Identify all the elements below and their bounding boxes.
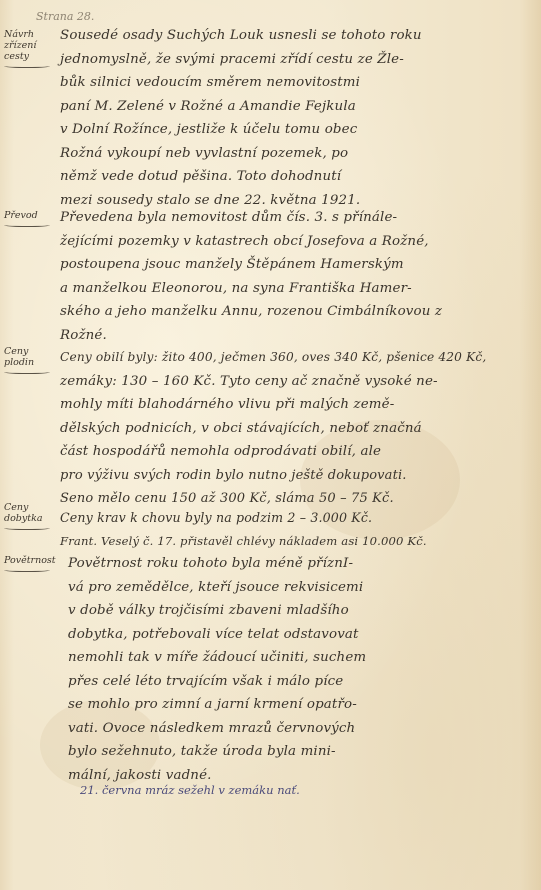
entry-cattle-prices: Ceny krav k chovu byly na podzim 2 – 3.0…: [60, 506, 530, 553]
text-line: se mohlo pro zimní a jarní krmení opatřo…: [68, 693, 538, 717]
text-line: přes celé léto trvajícím však i málo píc…: [68, 670, 538, 694]
text-line: dobytka, potřebovali více telat odstavov…: [68, 623, 538, 647]
text-line: vá pro zemědělce, kteří jsouce rekvisice…: [68, 576, 538, 600]
text-line: Sousedé osady Suchých Louk usnesli se to…: [60, 24, 530, 48]
margin-label-weather: Povětrnost: [4, 555, 54, 572]
margin-underline: [4, 63, 50, 68]
margin-underline: [4, 567, 50, 572]
margin-underline: [4, 525, 50, 530]
text-line: v době války trojčisími zbaveni mladšího: [68, 599, 538, 623]
margin-label-line: Povětrnost: [4, 555, 56, 566]
margin-label-line: Návrh: [4, 29, 34, 40]
text-line: Povětrnost roku tohoto byla méně příznI-: [68, 552, 538, 576]
text-line: němž vede dotud pěšina. Toto dohodnutí: [60, 165, 530, 189]
margin-label-line: plodin: [4, 357, 34, 368]
margin-label-road: Návrh zřízení cesty: [4, 29, 54, 68]
text-line: Ceny krav k chovu byly na podzim 2 – 3.0…: [60, 506, 530, 530]
text-line: paní M. Zelené v Rožné a Amandie Fejkula: [60, 95, 530, 119]
margin-underline: [4, 222, 50, 227]
text-line: postoupena jsouc manžely Štěpánem Hamers…: [60, 253, 530, 277]
margin-label-line: zřízení: [4, 40, 36, 51]
chronicle-page: Strana 28. Návrh zřízení cesty Sousedé o…: [0, 0, 541, 890]
margin-label-crop-prices: Ceny plodin: [4, 346, 54, 374]
entry-weather: Povětrnost roku tohoto byla méně příznI-…: [68, 552, 538, 787]
text-line: pro výživu svých rodin bylo nutno ještě …: [60, 464, 530, 488]
text-line: mohly míti blahodárného vlivu při malých…: [60, 393, 530, 417]
text-line: ského a jeho manželku Annu, rozenou Cimb…: [60, 300, 530, 324]
text-line: Ceny obilí byly: žito 400, ječmen 360, o…: [60, 346, 530, 370]
text-line: bylo sežehnuto, takže úroda byla mini-: [68, 740, 538, 764]
margin-label-transfer: Převod: [4, 210, 54, 227]
text-line: zemáky: 130 – 160 Kč. Tyto ceny ač značn…: [60, 370, 530, 394]
margin-label-line: Ceny: [4, 502, 28, 513]
text-line: Rožná vykoupí neb vyvlastní pozemek, po: [60, 142, 530, 166]
text-line: v Dolní Rožínce, jestliže k účelu tomu o…: [60, 118, 530, 142]
footnote-frost: 21. června mráz sežehl v zemáku nať.: [80, 783, 300, 797]
margin-underline: [4, 369, 50, 374]
margin-label-cattle-prices: Ceny dobytka: [4, 502, 54, 530]
margin-label-line: Ceny: [4, 346, 28, 357]
entry-property-transfer: Převedena byla nemovitost dům čís. 3. s …: [60, 206, 530, 347]
text-line: nemohli tak v míře žádoucí učiniti, such…: [68, 646, 538, 670]
text-line: dělských podnicích, v obci stávajících, …: [60, 417, 530, 441]
text-line: část hospodářů nemohla odprodávati obilí…: [60, 440, 530, 464]
text-line: Převedena byla nemovitost dům čís. 3. s …: [60, 206, 530, 230]
margin-label-line: Převod: [4, 210, 38, 221]
text-line: Rožné.: [60, 324, 530, 348]
text-line: Frant. Veselý č. 17. přistavěl chlévy ná…: [60, 530, 530, 554]
text-line: žejícími pozemky v katastrech obcí Josef…: [60, 230, 530, 254]
text-line: bůk silnici vedoucím směrem nemovitostmi: [60, 71, 530, 95]
entry-crop-prices: Ceny obilí byly: žito 400, ječmen 360, o…: [60, 346, 530, 511]
text-line: a manželkou Eleonorou, na syna Františka…: [60, 277, 530, 301]
text-line: vati. Ovoce následkem mrazů červnových: [68, 717, 538, 741]
page-number: Strana 28.: [36, 10, 94, 23]
entry-road-construction: Sousedé osady Suchých Louk usnesli se to…: [60, 24, 530, 212]
margin-label-line: cesty: [4, 51, 29, 62]
margin-label-line: dobytka: [4, 513, 43, 524]
text-line: jednomyslně, že svými pracemi zřídí cest…: [60, 48, 530, 72]
